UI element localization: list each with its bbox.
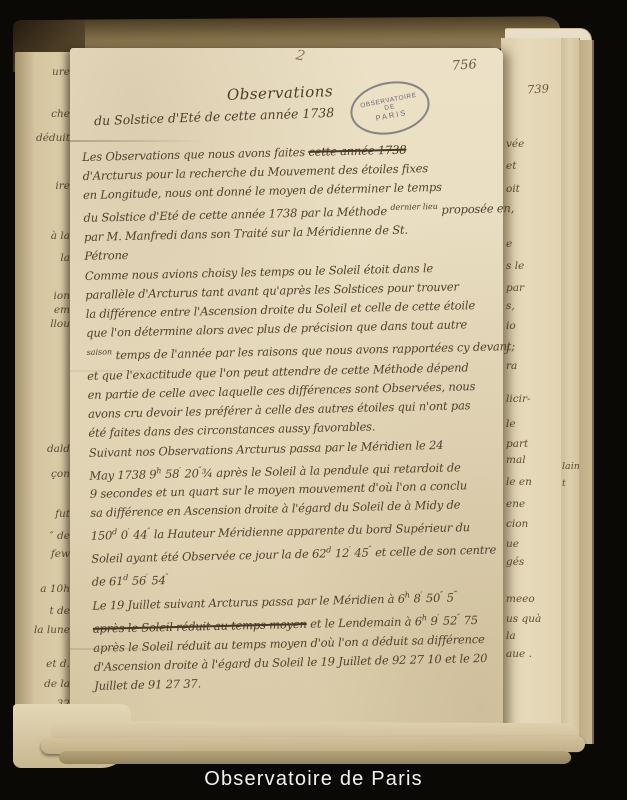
page-subtitle: du Solstice d'Eté de cette année 1738 (94, 103, 394, 128)
manuscript-book: urechedéduitireà lalaionemlloudaldçonfut… (13, 16, 593, 768)
manuscript-page: 756 2 Observations du Solstice d'Eté de … (70, 48, 503, 744)
manuscript-paragraph: et que l'exactitude que l'on peut attend… (87, 357, 514, 443)
page-title: Observations (190, 81, 371, 105)
text-fragment: dald (47, 443, 70, 455)
text-fragment: t de (50, 605, 71, 617)
page-stack-edge: lainet (561, 38, 580, 744)
page-stack-edge-outer (579, 40, 594, 744)
book-top-binding (55, 16, 560, 52)
manuscript-paragraph: Suivant nos Observations Arcturus passa … (89, 434, 517, 592)
page-number: 756 (452, 57, 478, 74)
ink-mark: 2 (294, 47, 306, 65)
manuscript-paragraph: Les Observations que nous avons faites c… (82, 138, 510, 265)
left-page-edge: urechedéduitireà lalaionemlloudaldçonfut… (15, 52, 73, 744)
caption-band: Observatoire de Paris (0, 760, 627, 800)
text-fragment: vée (506, 138, 524, 150)
text-fragment: de la (44, 678, 70, 690)
text-fragment: ure (52, 66, 70, 78)
text-fragment: ire (55, 180, 70, 192)
text-fragment: che (51, 108, 70, 120)
archive-photo-scene: urechedéduitireà lalaionemlloudaldçonfut… (0, 0, 627, 800)
manuscript-paragraph: Le 19 Juillet suivant Arcturus passa par… (92, 583, 519, 695)
text-fragment: la (60, 252, 70, 264)
text-fragment: fut (55, 508, 70, 520)
page-crease (70, 140, 205, 142)
text-fragment: déduit (36, 132, 70, 144)
text-fragment: ion (54, 290, 70, 302)
manuscript-body-text: Les Observations que nous avons faites c… (82, 138, 519, 696)
text-fragment: ″ de (50, 530, 70, 542)
text-fragment: la lune (34, 624, 70, 636)
text-fragment: et d. (46, 658, 70, 670)
text-fragment: t (562, 478, 566, 489)
text-fragment: few (51, 548, 70, 560)
text-fragment: llou (50, 318, 70, 330)
text-fragment: à la (51, 230, 70, 242)
caption-text: Observatoire de Paris (204, 760, 423, 798)
text-fragment: çon (51, 468, 70, 480)
stamp-line: PARIS (375, 107, 408, 122)
text-fragment: em (54, 304, 70, 316)
underlying-page-number: 739 (527, 81, 550, 96)
manuscript-paragraph: Comme nous avions choisy les temps ou le… (85, 257, 512, 365)
text-fragment: a 10h (40, 583, 70, 595)
